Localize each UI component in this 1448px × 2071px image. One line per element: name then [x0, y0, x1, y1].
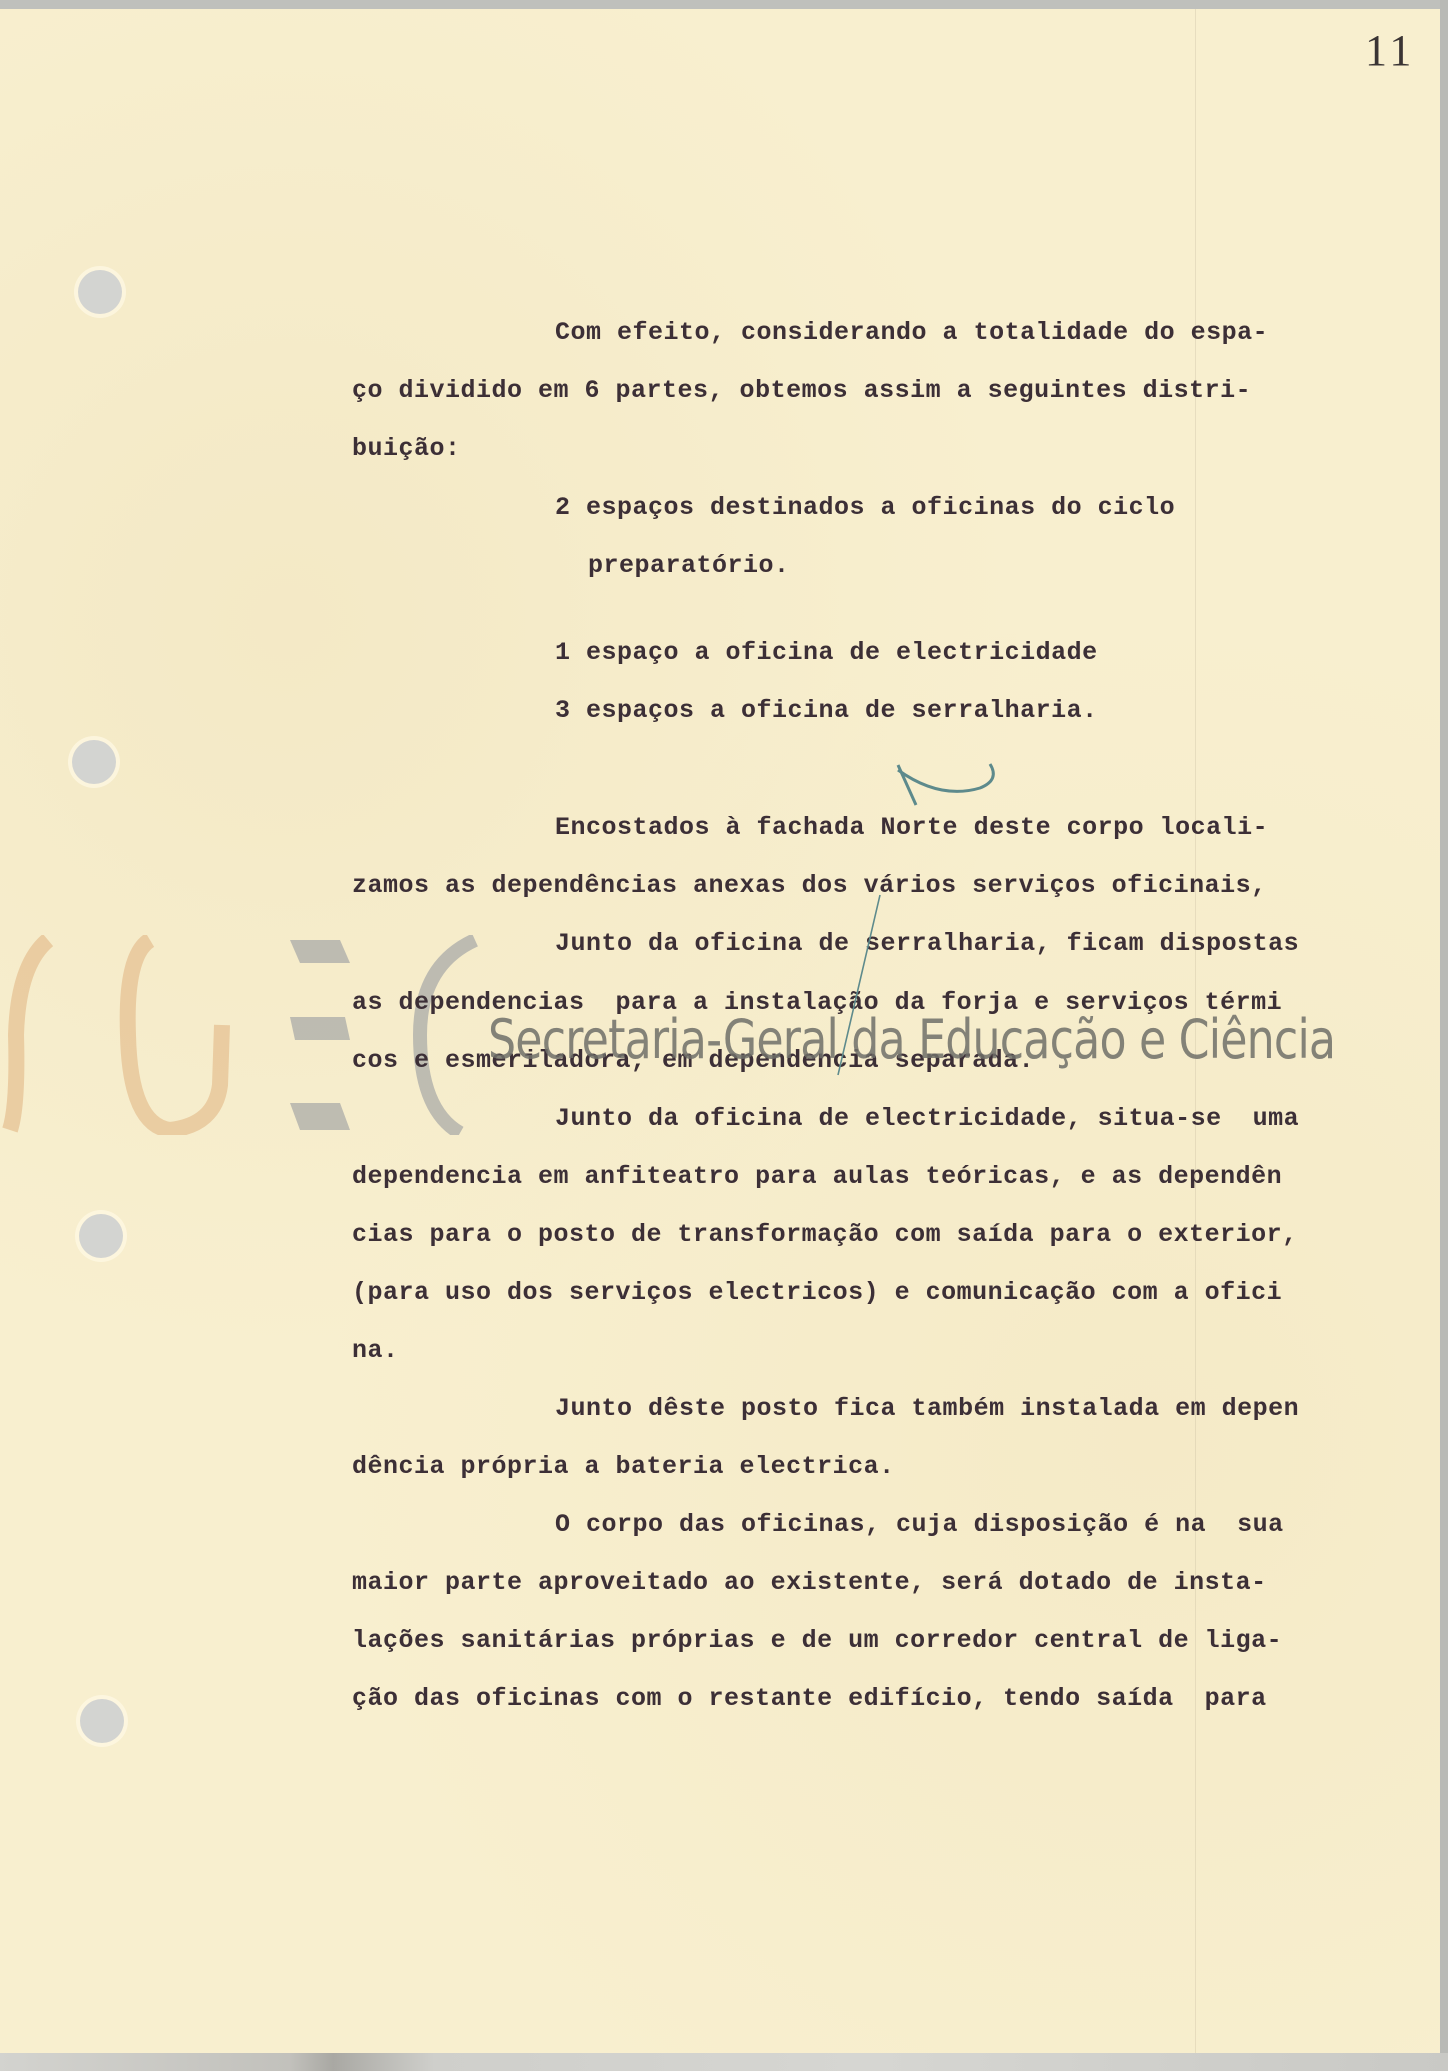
- checkmark-annotation-icon: [898, 764, 993, 805]
- handwritten-annotations: [0, 0, 1448, 2071]
